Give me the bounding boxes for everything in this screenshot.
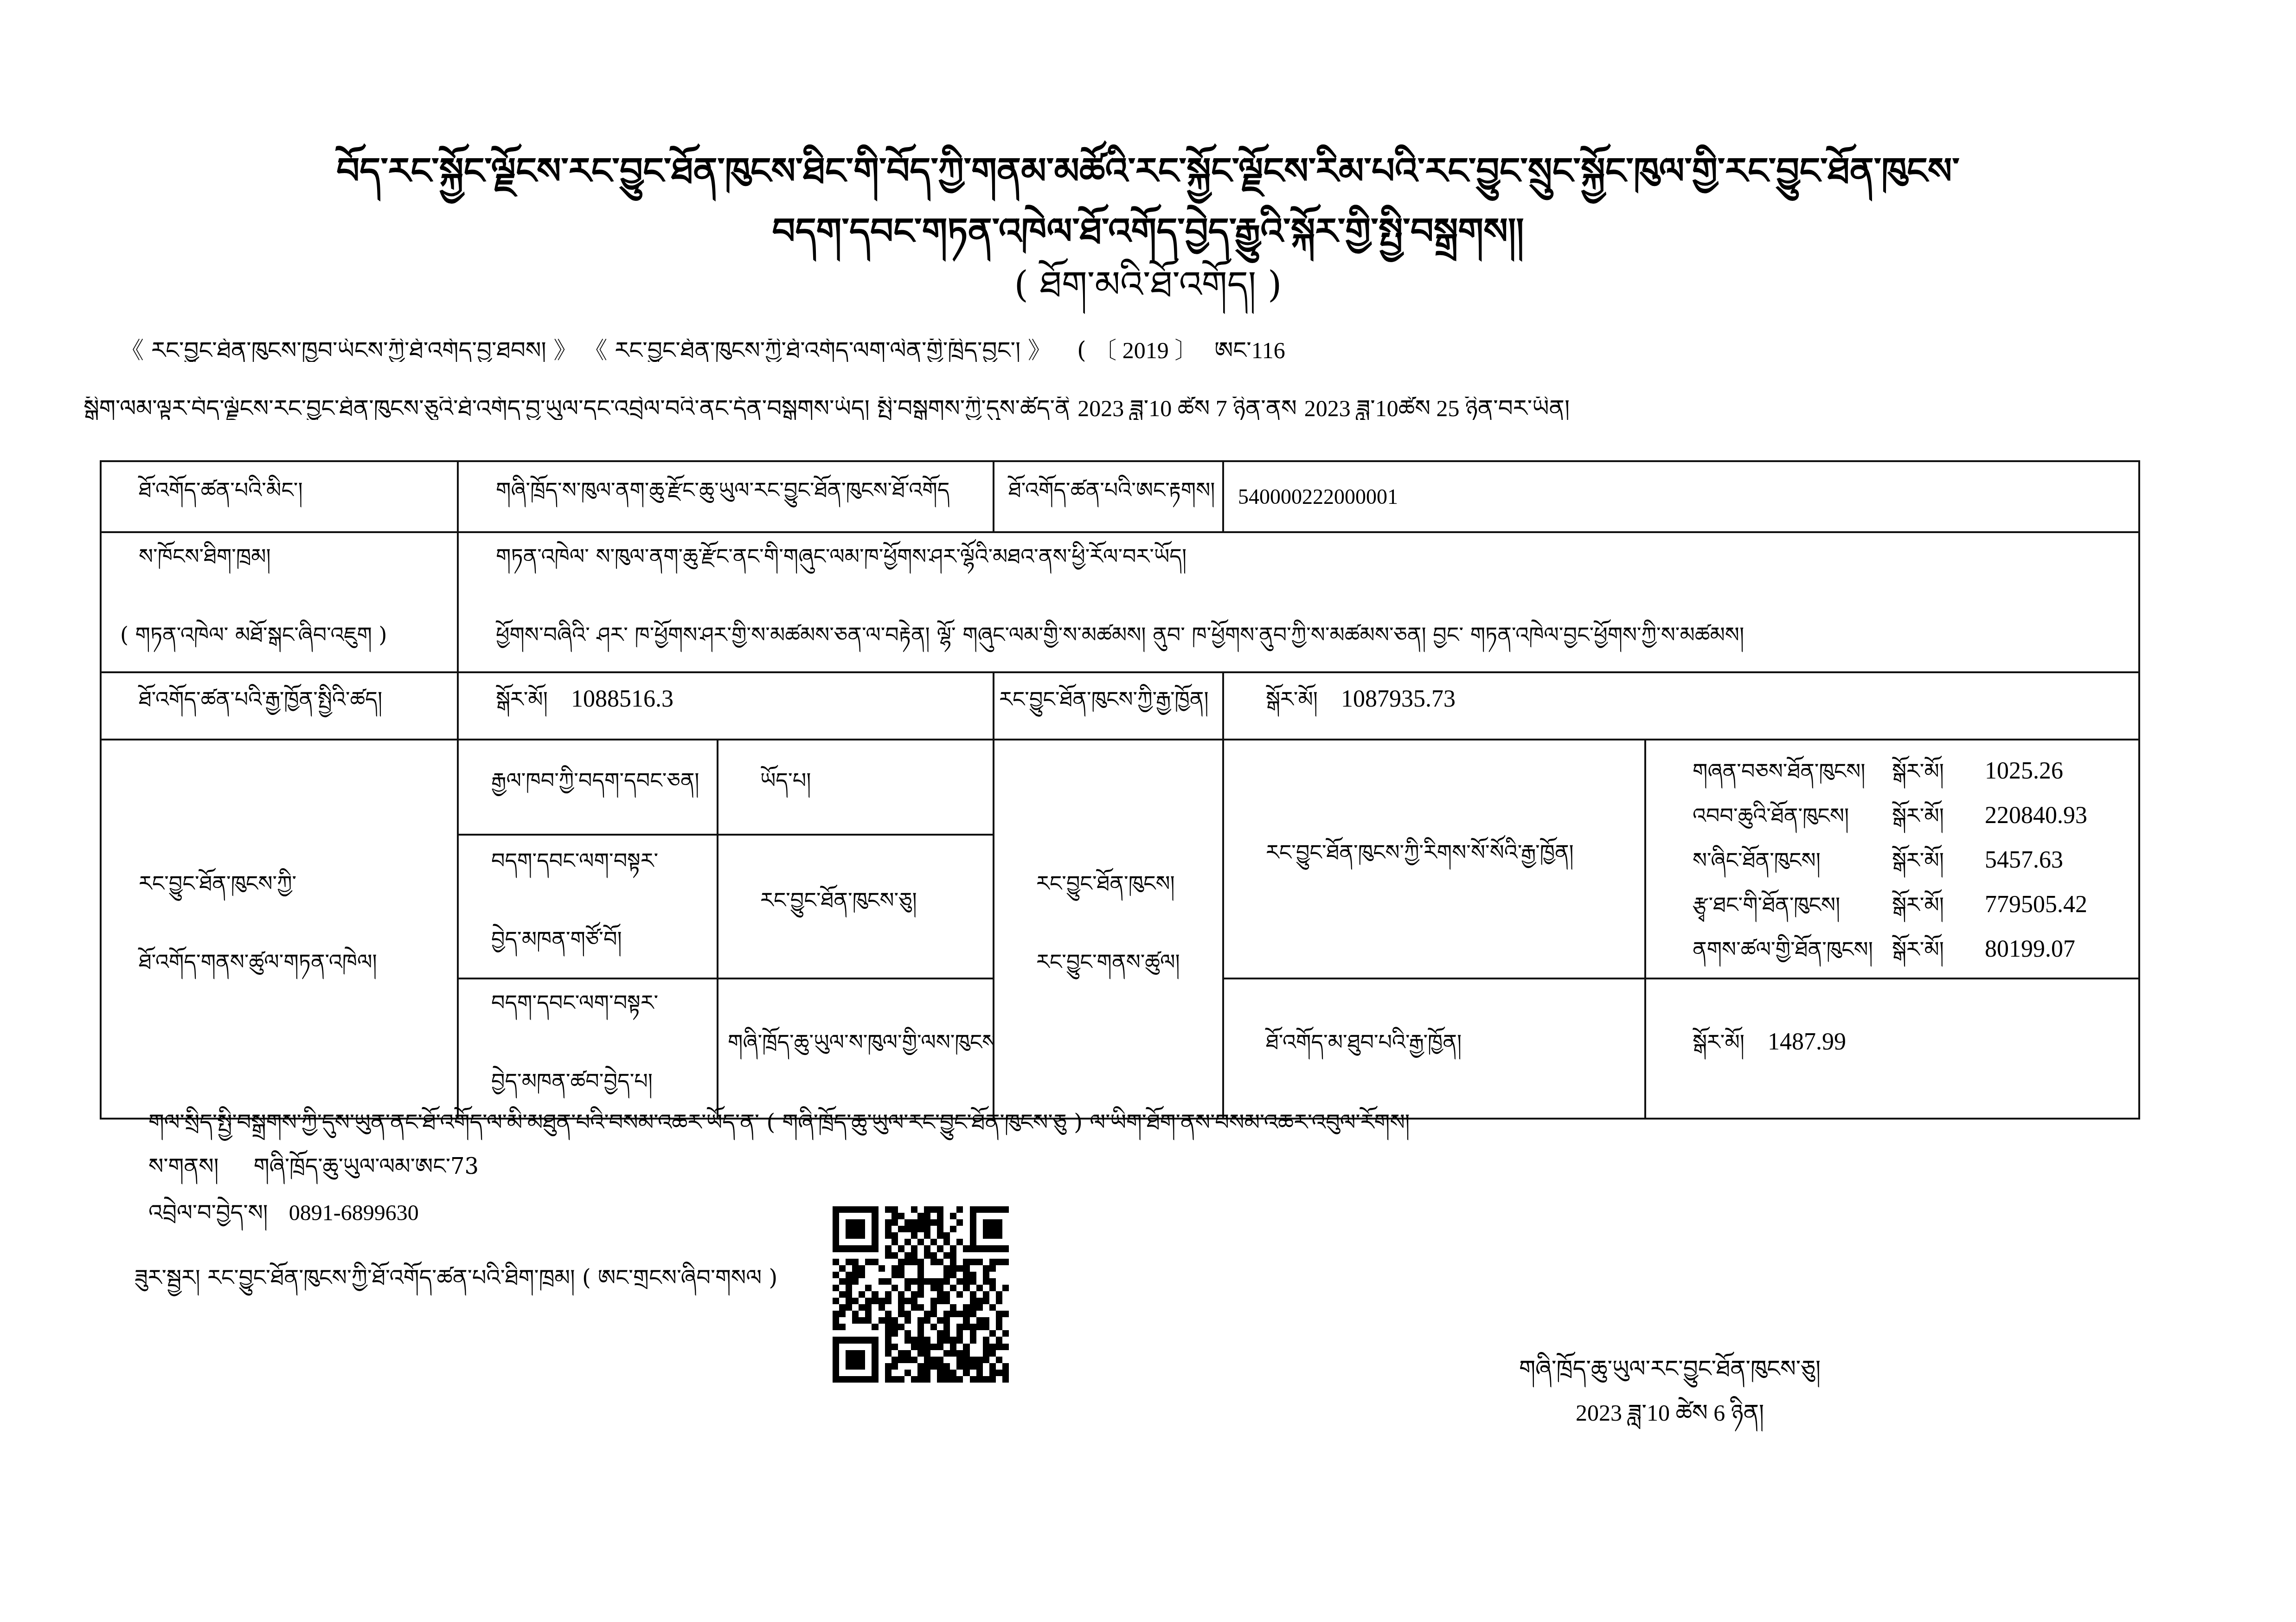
- breakdown-item: རྩྭ་ཐང་གི་ཐོན་ཁུངས།སྒོར་མོ།779505.42: [1693, 882, 2138, 926]
- label-agent-line2: བྱེད་མཁན་ཚབ་བྱེད་པ།: [491, 1058, 717, 1118]
- phone-value: 0891-6899630: [289, 1201, 419, 1225]
- breakdown-item-currency: སྒོར་མོ།: [1892, 926, 1985, 979]
- breakdown-list: གཞན་བཅས་ཐོན་ཁུངས།སྒོར་མོ།1025.26འབབ་ཆུའི…: [1645, 740, 2139, 978]
- value-unit-number: 540000222000001: [1223, 461, 2139, 532]
- row-area: ཐོ་འགོད་ཚན་པའི་རྒྱ་ཁྱོན་སྤྱིའི་ཚད། སྒོར་…: [101, 672, 2139, 740]
- label-agent-line1: བདག་དབང་ལག་བསྟར་: [491, 979, 717, 1039]
- breakdown-item: གཞན་བཅས་ཐོན་ཁུངས།སྒོར་མོ།1025.26: [1693, 748, 2138, 792]
- intro-line1-text: 《 རང་བྱུང་ཐོན་ཁུངས་ཁྱབ་ཡོངས་ཀྱི་ཐོ་འགོད་…: [121, 339, 1051, 362]
- breakdown-item-label: ནགས་ཚལ་གྱི་ཐོན་ཁུངས།: [1693, 926, 1892, 979]
- breakdown-item: འབབ་ཆུའི་ཐོན་ཁུངས།སྒོར་མོ།220840.93: [1693, 792, 2138, 837]
- label-unit-name: ཐོ་འགོད་ཚན་པའི་མིང་།: [101, 461, 458, 532]
- label-resource-type: རང་བྱུང་ཐོན་ཁུངས། རང་བྱུང་གནས་ཚུལ།: [994, 740, 1223, 1119]
- breakdown-items: གཞན་བཅས་ཐོན་ཁུངས།སྒོར་མོ།1025.26འབབ་ཆུའི…: [1693, 748, 2138, 971]
- objection-note: གལ་སྲིད་སྤྱི་བསྒྲགས་ཀྱི་དུས་ཡུན་ནང་ཐོ་འག…: [148, 1111, 1410, 1133]
- label-owner: རྒྱལ་ཁབ་ཀྱི་བདག་དབང་ཅན།: [458, 740, 718, 835]
- intro-line-2: སྒྲིག་ལམ་ལྟར་བོད་ལྗོངས་རང་བྱུང་ཐོན་ཁུངས་…: [83, 397, 2217, 420]
- label-resource-type-line1: རང་བྱུང་ཐོན་ཁུངས།: [1036, 860, 1222, 920]
- breakdown-item-value: 779505.42: [1985, 891, 2124, 918]
- value-boundary: གཏན་འཁེལ་ ས་ཁུལ་ནག་ཆུ་རྫོང་ནང་གི་གཞུང་ལམ…: [458, 532, 2139, 672]
- row-boundary: ས་ཁོངས་ཐིག་ཁྲམ། ( གཏན་འཁེལ་ མཐོ་སྒང་ཞིབ་…: [101, 532, 2139, 672]
- label-boundary-line2: ( གཏན་འཁེལ་ མཐོ་སྒང་ཞིབ་འཇུག ): [120, 611, 457, 671]
- label-total-area: ཐོ་འགོད་ཚན་པའི་རྒྱ་ཁྱོན་སྤྱིའི་ཚད།: [101, 672, 458, 740]
- label-resource-status-line1: རང་བྱུང་ཐོན་ཁུངས་ཀྱི་: [139, 860, 457, 920]
- qr-code-icon: [833, 1206, 1009, 1383]
- publicity-date-to: 2023 ཟླ་10ཚེས 25 ཉིན་བར་ཡིན།: [1304, 397, 1570, 420]
- phone-label: འབྲེལ་བ་བྱེད་ས།: [148, 1200, 268, 1226]
- value-nonnatural: སྒོར་མོ། 1487.99: [1645, 978, 2139, 1119]
- label-executor-line2: བྱེད་མཁན་གཙོ་བོ།: [491, 916, 717, 976]
- label-nonnatural: ཐོ་འགོད་མ་ཐུབ་པའི་རྒྱ་ཁྱོན།: [1223, 978, 1645, 1119]
- currency-natural-area: སྒོར་མོ།: [1266, 676, 1318, 736]
- value-unit-name: གཞི་ཁྲོད་ས་ཁུལ་ནག་ཆུ་རྫོང་ཆུ་ཡུལ་རང་བྱུང…: [458, 461, 994, 532]
- value-agent: གཞི་ཁྲོད་ཆུ་ཡུལ་ས་ཁུལ་གྱི་ལས་ཁུངས།: [718, 978, 994, 1119]
- breakdown-item: ནགས་ཚལ་གྱི་ཐོན་ཁུངས།སྒོར་མོ།80199.07: [1693, 926, 2138, 971]
- label-resource-status: རང་བྱུང་ཐོན་ཁུངས་ཀྱི་ ཐོ་འགོད་གནས་ཚུལ་གཏ…: [101, 740, 458, 1119]
- registration-table: ཐོ་འགོད་ཚན་པའི་མིང་། གཞི་ཁྲོད་ས་ཁུལ་ནག་ཆ…: [100, 460, 2140, 1120]
- label-boundary: ས་ཁོངས་ཐིག་ཁྲམ། ( གཏན་འཁེལ་ མཐོ་སྒང་ཞིབ་…: [101, 532, 458, 672]
- breakdown-item-value: 220840.93: [1985, 802, 2124, 829]
- label-executor: བདག་དབང་ལག་བསྟར་ བྱེད་མཁན་གཙོ་བོ།: [458, 835, 718, 978]
- value-owner: ཡོད་པ།: [718, 740, 994, 835]
- label-natural-area: རང་བྱུང་ཐོན་ཁུངས་ཀྱི་རྒྱ་ཁྱོན།: [994, 672, 1223, 740]
- breakdown-item: ས་ཞིང་ཐོན་ཁུངས།སྒོར་མོ།5457.63: [1693, 837, 2138, 882]
- address-label: ས་གནས།: [148, 1153, 218, 1179]
- address-value: གཞི་ཁྲོད་ཆུ་ཡུལ་ལམ་ཨང་73: [254, 1153, 479, 1179]
- breakdown-item-value: 80199.07: [1985, 935, 2124, 963]
- intro-ref-year: 〔 2019 〕: [1093, 339, 1198, 362]
- value-boundary-line2: ཕྱོགས་བཞིའི་ ཤར་ ཁ་ཕྱོགས་ཤར་གྱི་ས་མཚམས་ཅ…: [496, 611, 2138, 671]
- intro-line-1: 《 རང་བྱུང་ཐོན་ཁུངས་ཁྱབ་ཡོངས་ཀྱི་ཐོ་འགོད་…: [121, 339, 2254, 362]
- label-resource-type-line2: རང་བྱུང་གནས་ཚུལ།: [1036, 939, 1222, 998]
- notice-title-line2: བདག་དབང་གཏན་འཁེལ་ཐོ་འགོད་བྱེད་རྒྱུའི་སྐོ…: [0, 213, 2296, 250]
- label-breakdown: རང་བྱུང་ཐོན་ཁུངས་ཀྱི་རིགས་སོ་སོའི་རྒྱ་ཁྱ…: [1223, 740, 1645, 978]
- currency-nonnatural: སྒོར་མོ།: [1693, 1019, 1744, 1079]
- amount-total-area: 1088516.3: [571, 685, 673, 713]
- label-boundary-line1: ས་ཁོངས་ཐིག་ཁྲམ།: [139, 533, 457, 593]
- intro-ref-open: (: [1077, 339, 1086, 362]
- label-resource-status-line2: ཐོ་འགོད་གནས་ཚུལ་གཏན་འཁེལ།: [139, 939, 457, 998]
- amount-natural-area: 1087935.73: [1341, 685, 1456, 713]
- intro-ref-no: ཨང་116: [1214, 339, 1285, 362]
- attachment-note: ཟུར་སྦྱར། རང་བྱུང་ཐོན་ཁུངས་ཀྱི་ཐོ་འགོད་ཚ…: [135, 1267, 777, 1289]
- row-unit-info: ཐོ་འགོད་ཚན་པའི་མིང་། གཞི་ཁྲོད་ས་ཁུལ་ནག་ཆ…: [101, 461, 2139, 532]
- breakdown-item-value: 1025.26: [1985, 757, 2124, 785]
- intro-line2-text: སྒྲིག་ལམ་ལྟར་བོད་ལྗོངས་རང་བྱུང་ཐོན་ཁུངས་…: [83, 397, 1070, 420]
- label-unit-number: ཐོ་འགོད་ཚན་པའི་ཨང་རྟགས།: [994, 461, 1223, 532]
- signature-date: 2023 ཟླ་10 ཚེས 6 ཉིན།: [1461, 1387, 1879, 1452]
- label-executor-line1: བདག་དབང་ལག་བསྟར་: [491, 837, 717, 897]
- value-boundary-line1: གཏན་འཁེལ་ ས་ཁུལ་ནག་ཆུ་རྫོང་ནང་གི་གཞུང་ལམ…: [496, 533, 2138, 593]
- currency-total-area: སྒོར་མོ།: [496, 676, 548, 736]
- notice-title-line1: བོད་རང་སྐྱོང་ལྗོངས་རང་བྱུང་ཐོན་ཁུངས་ཐིང་…: [0, 153, 2296, 189]
- amount-nonnatural: 1487.99: [1768, 1028, 1846, 1056]
- value-executor: རང་བྱུང་ཐོན་ཁུངས་ཅུ།: [718, 835, 994, 978]
- label-agent: བདག་དབང་ལག་བསྟར་ བྱེད་མཁན་ཚབ་བྱེད་པ།: [458, 978, 718, 1119]
- notice-subtitle: ( ཐོག་མའི་ཐོ་འགོད། ): [0, 267, 2296, 303]
- value-natural-area: སྒོར་མོ། 1087935.73: [1223, 672, 2139, 740]
- row-ownership-1: རང་བྱུང་ཐོན་ཁུངས་ཀྱི་ ཐོ་འགོད་གནས་ཚུལ་གཏ…: [101, 740, 2139, 835]
- phone-line: འབྲེལ་བ་བྱེད་ས། 0891-6899630: [148, 1202, 419, 1224]
- publicity-date-from: 2023 ཟླ་10 ཚེས 7 ཉིན་ནས: [1077, 397, 1297, 420]
- address-line: ས་གནས། གཞི་ཁྲོད་ཆུ་ཡུལ་ལམ་ཨང་73: [148, 1155, 479, 1178]
- value-total-area: སྒོར་མོ། 1088516.3: [458, 672, 994, 740]
- breakdown-item-value: 5457.63: [1985, 846, 2124, 874]
